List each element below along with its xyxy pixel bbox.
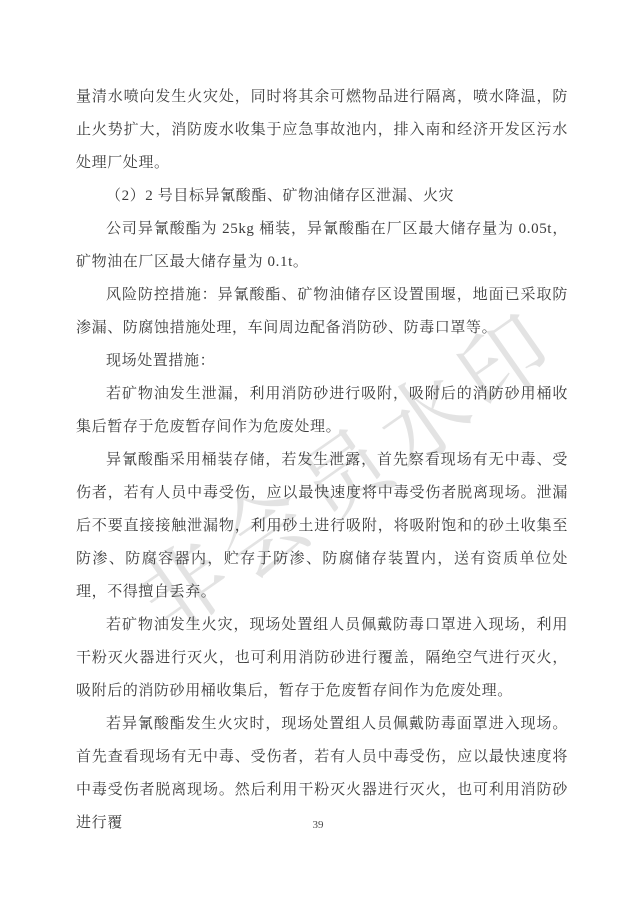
paragraph-isocyanate-leak: 异氰酸酯采用桶装存储，若发生泄露，首先察看现场有无中毒、受伤者，若有人员中毒受伤…	[76, 444, 568, 609]
page-content: 量清水喷向发生火灾处，同时将其余可燃物品进行隔离，喷水降温，防止火势扩大，消防废…	[76, 81, 568, 840]
paragraph-onsite-disposal-label: 现场处置措施：	[76, 345, 568, 378]
page-number: 39	[0, 819, 636, 831]
paragraph-mineral-oil-leak: 若矿物油发生泄漏，利用消防砂进行吸附，吸附后的消防砂用桶收集后暂存于危废暂存间作…	[76, 378, 568, 444]
section-heading-target-2: （2）2 号目标异氰酸酯、矿物油储存区泄漏、火灾	[76, 180, 568, 213]
paragraph-risk-control-measures: 风险防控措施：异氰酸酯、矿物油储存区设置围堰，地面已采取防渗漏、防腐蚀措施处理，…	[76, 279, 568, 345]
paragraph-mineral-oil-fire: 若矿物油发生火灾，现场处置组人员佩戴防毒口罩进入现场，利用干粉灭火器进行灭火，也…	[76, 609, 568, 708]
paragraph-storage-quantities: 公司异氰酸酯为 25kg 桶装，异氰酸酯在厂区最大储存量为 0.05t，矿物油在…	[76, 213, 568, 279]
paragraph-continuation: 量清水喷向发生火灾处，同时将其余可燃物品进行隔离，喷水降温，防止火势扩大，消防废…	[76, 81, 568, 180]
document-page: 非会员水印 量清水喷向发生火灾处，同时将其余可燃物品进行隔离，喷水降温，防止火势…	[0, 0, 636, 900]
